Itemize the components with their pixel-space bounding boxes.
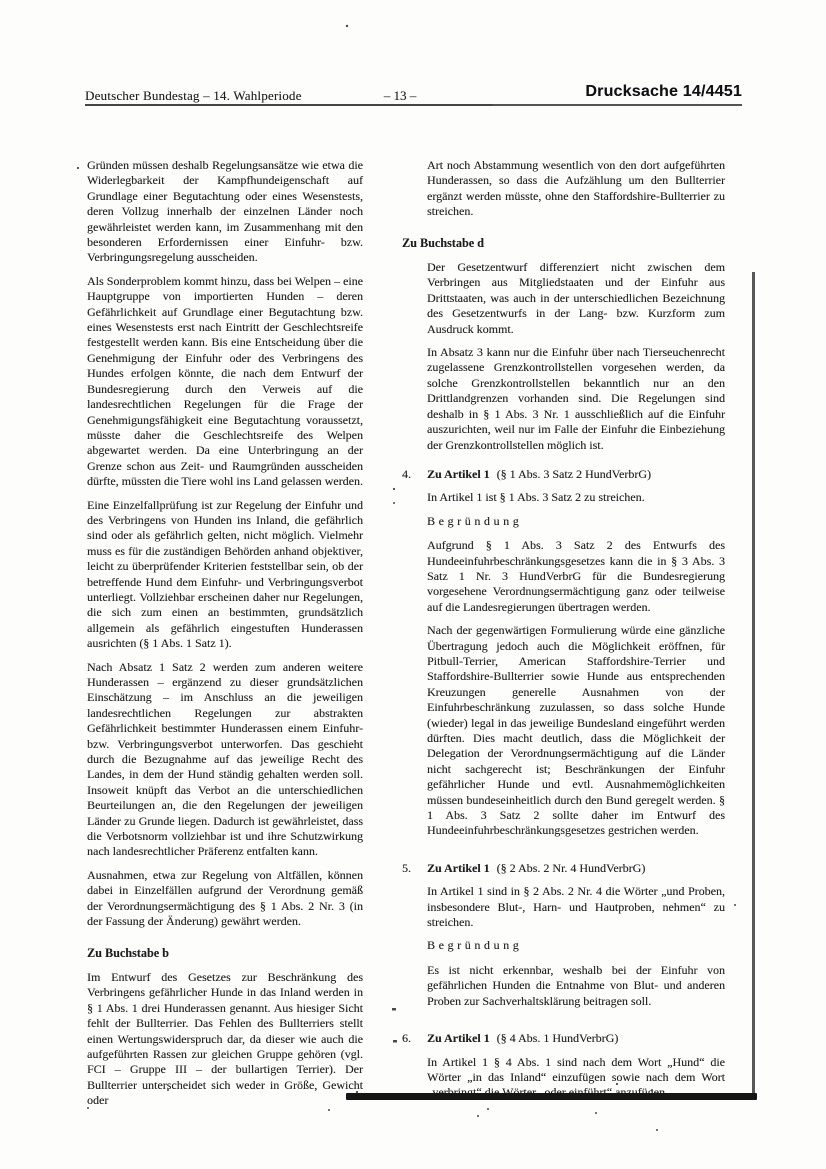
paragraph: Art noch Abstammung wesentlich von den d… (427, 158, 725, 220)
subheading-zu-buchstabe-d: Zu Buchstabe d (402, 236, 725, 251)
amendment-item-5: 5. Zu Artikel 1(§ 2 Abs. 2 Nr. 4 HundVer… (402, 861, 725, 1017)
paragraph: Der Gesetzentwurf differenziert nicht zw… (427, 260, 725, 337)
item-number: 4. (402, 467, 427, 847)
paragraph: Ausnahmen, etwa zur Regelung von Altfäll… (87, 868, 363, 930)
right-column: Art noch Abstammung wesentlich von den d… (402, 158, 725, 1109)
item-title: Zu Artikel 1 (427, 861, 490, 875)
left-column: Gründen müssen deshalb Regelungsansätze … (87, 158, 363, 1117)
paragraph: Nach Absatz 1 Satz 2 werden zum anderen … (87, 660, 363, 860)
item-reason: Es ist nicht erkennbar, weshalb bei der … (427, 963, 725, 1009)
document-id: Drucksache 14/4451 (585, 83, 742, 101)
scan-edge-bottom (346, 1093, 757, 1100)
item-action: In Artikel 1 sind in § 2 Abs. 2 Nr. 4 di… (427, 884, 725, 930)
scan-edge-vertical (752, 272, 755, 1100)
amendment-item-4: 4. Zu Artikel 1(§ 1 Abs. 3 Satz 2 HundVe… (402, 467, 725, 847)
paragraph: Gründen müssen deshalb Regelungsansätze … (87, 158, 363, 266)
item-content: Zu Artikel 1(§ 1 Abs. 3 Satz 2 HundVerbr… (427, 467, 725, 847)
item-heading: Zu Artikel 1(§ 2 Abs. 2 Nr. 4 HundVerbrG… (427, 861, 725, 876)
subheading-zu-buchstabe-b: Zu Buchstabe b (87, 946, 363, 961)
header-rule (85, 104, 742, 106)
header-publisher: Deutscher Bundestag – 14. Wahlperiode (85, 88, 302, 104)
begruendung-label: Begründung (427, 938, 725, 953)
item-number: 5. (402, 861, 427, 1017)
item-heading: Zu Artikel 1(§ 1 Abs. 3 Satz 2 HundVerbr… (427, 467, 725, 482)
item-reason: Nach der gegenwärtigen Formulierung würd… (427, 623, 725, 839)
item-title-suffix: (§ 4 Abs. 1 HundVerbrG) (497, 1031, 619, 1045)
scanned-document-page: Deutscher Bundestag – 14. Wahlperiode – … (0, 0, 826, 1169)
item-heading: Zu Artikel 1(§ 4 Abs. 1 HundVerbrG) (427, 1031, 725, 1046)
item-title-suffix: (§ 2 Abs. 2 Nr. 4 HundVerbrG) (497, 861, 646, 875)
item-content: Zu Artikel 1(§ 2 Abs. 2 Nr. 4 HundVerbrG… (427, 861, 725, 1017)
item-title: Zu Artikel 1 (427, 1031, 490, 1045)
item-title-suffix: (§ 1 Abs. 3 Satz 2 HundVerbrG) (497, 467, 651, 481)
paragraph: Im Entwurf des Gesetzes zur Beschränkung… (87, 970, 363, 1109)
paragraph: Als Sonderproblem kommt hinzu, dass bei … (87, 274, 363, 490)
item-action: In Artikel 1 ist § 1 Abs. 3 Satz 2 zu st… (427, 490, 725, 505)
item-reason: Aufgrund § 1 Abs. 3 Satz 2 des Entwurfs … (427, 538, 725, 615)
begruendung-label: Begründung (427, 514, 725, 529)
item-title: Zu Artikel 1 (427, 467, 490, 481)
page-number: – 13 – (355, 88, 445, 104)
paragraph: In Absatz 3 kann nur die Einfuhr über na… (427, 345, 725, 453)
paragraph: Eine Einzelfallprüfung ist zur Regelung … (87, 498, 363, 652)
